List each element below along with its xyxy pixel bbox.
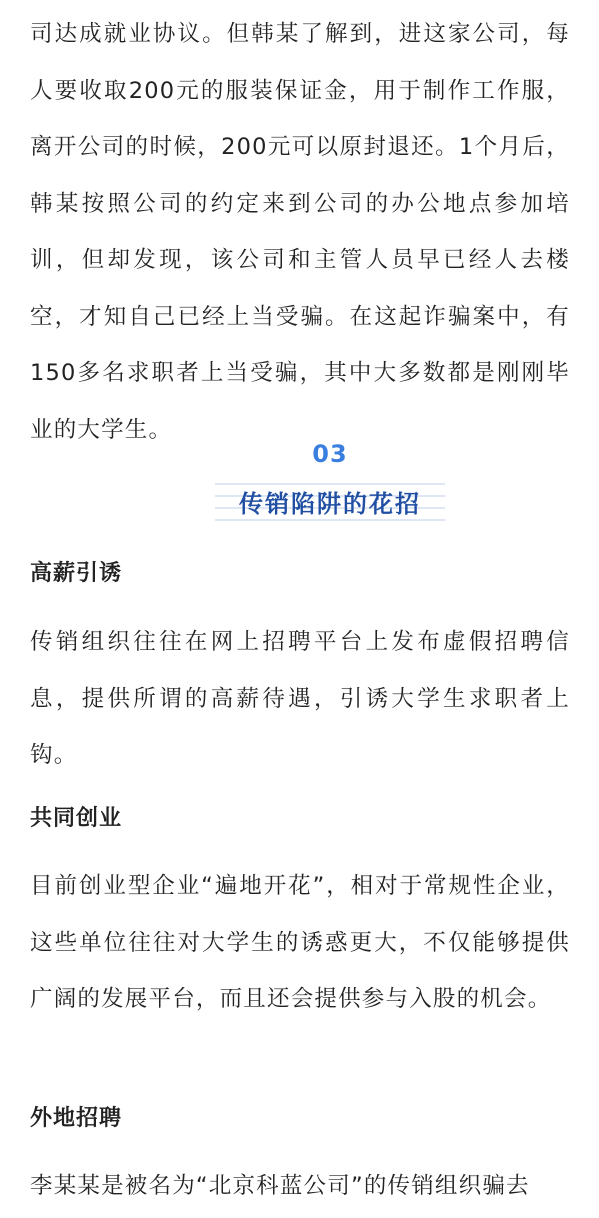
subsection-body: 目前创业型企业“遍地开花”，相对于常规性企业，这些单位往往对大学生的诱惑更大，不… [30, 858, 570, 1028]
subsection-heading: 共同创业 [30, 801, 122, 832]
subsection-heading: 高薪引诱 [30, 556, 122, 587]
section-number: 03 [185, 440, 475, 468]
subsection-body: 李某某是被名为“北京科蓝公司”的传销组织骗去 [30, 1158, 570, 1215]
subsection-heading: 外地招聘 [30, 1101, 122, 1132]
subsection-body: 传销组织往往在网上招聘平台上发布虚假招聘信息，提供所谓的高薪待遇，引诱大学生求职… [30, 614, 570, 784]
intro-paragraph: 司达成就业协议。但韩某了解到，进这家公司，每人要收取200元的服装保证金，用于制… [30, 6, 570, 458]
section-title: 传销陷阱的花招 [185, 484, 475, 519]
section-header: 03 传销陷阱的花招 [185, 438, 475, 528]
